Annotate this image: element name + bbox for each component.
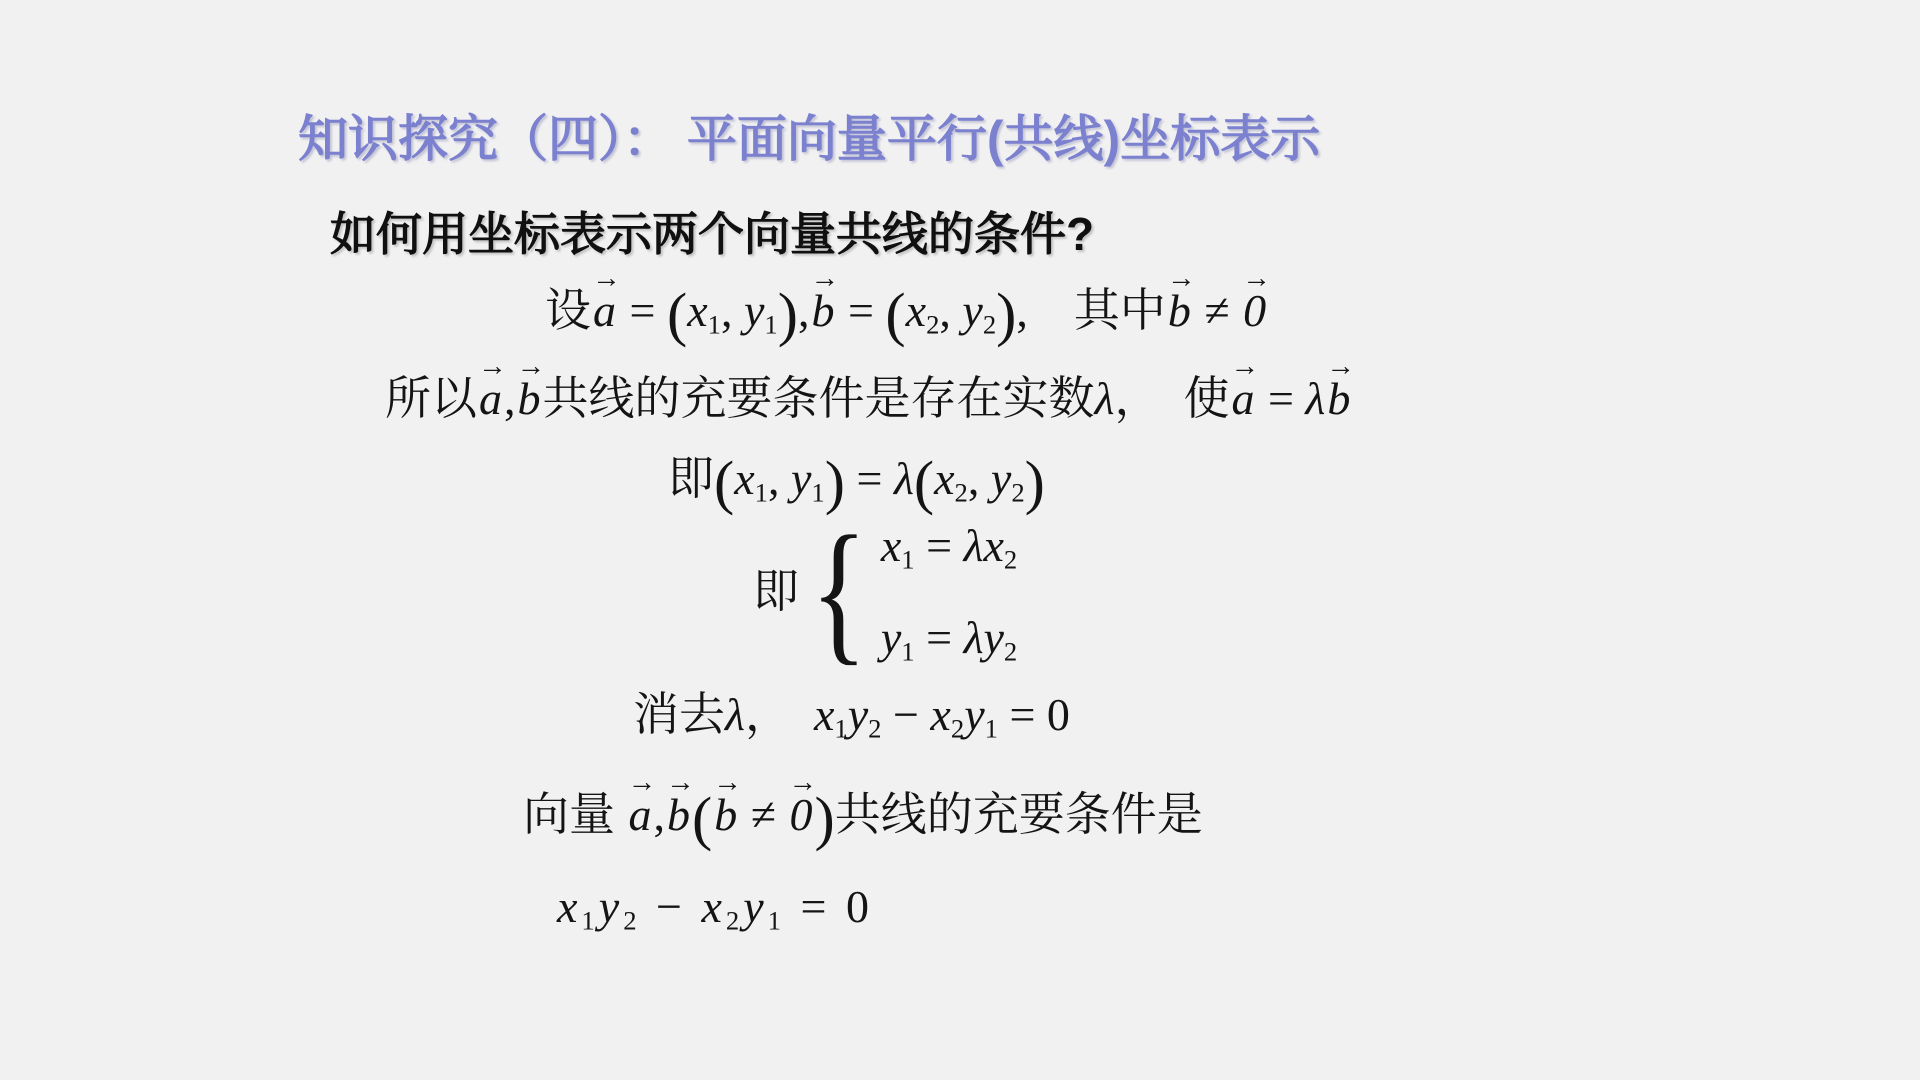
math-seg-rm: = 0 <box>998 689 1070 740</box>
math-seg-sub: 1 <box>755 477 768 507</box>
vector-arrow-icon: → <box>666 769 695 798</box>
math-seg-it: y <box>962 285 982 336</box>
vector-arrow-icon: → <box>1167 265 1196 294</box>
math-seg-rm: = <box>1256 373 1305 424</box>
math-seg-cjk: 向量 <box>523 789 627 840</box>
math-line-conclusion: 向量 →a,→b(→b ≠ →0)共线的充要条件是 <box>523 784 1203 850</box>
math-seg-cjk: 共线的充要条件是 <box>835 789 1203 840</box>
system-rows: x1 = λx2 y1 = λy2 <box>881 515 1017 670</box>
math-seg-it: y <box>743 881 767 932</box>
math-line-final-formula: x1y2 − x2y1 = 0 <box>557 876 873 938</box>
math-seg-rm: = 0 <box>785 881 873 932</box>
math-seg-cjk: 共线的充要条件是存在实数 <box>543 373 1095 424</box>
vector-b: →b <box>1168 280 1191 342</box>
math-seg-sub: 2 <box>1004 544 1017 574</box>
math-seg-rm: ≠ <box>739 789 787 840</box>
vector-0: →0 <box>1243 280 1266 342</box>
vector-arrow-icon: → <box>628 769 657 798</box>
vector-arrow-icon: → <box>478 353 507 382</box>
vector-b: →b <box>667 784 690 846</box>
vector-a: →a <box>629 784 652 846</box>
math-seg-paren: ) <box>778 282 798 349</box>
math-seg-sub: 2 <box>1004 637 1017 667</box>
math-seg-paren: ( <box>692 786 712 853</box>
math-seg-rm: , <box>968 453 991 504</box>
math-seg-it: x <box>734 453 754 504</box>
math-seg-cjk: ， <box>745 689 814 740</box>
math-seg-sub: 2 <box>868 713 881 743</box>
math-seg-rm: = <box>618 285 667 336</box>
equation-system: 即 { x1 = λx2 y1 = λy2 <box>753 515 1017 670</box>
math-seg-rm: − <box>641 881 702 932</box>
math-seg-it: y <box>964 689 984 740</box>
vector-b: →b <box>811 280 834 342</box>
vector-arrow-icon: → <box>1326 353 1355 382</box>
math-seg-it: y <box>791 453 811 504</box>
vector-arrow-icon: → <box>517 353 546 382</box>
math-seg-rm: , <box>1016 285 1028 336</box>
vector-a: →a <box>593 280 616 342</box>
vector-b: →b <box>714 784 737 846</box>
math-seg-it: y <box>881 612 901 663</box>
math-seg-it: y <box>599 881 623 932</box>
math-seg-sub: 1 <box>901 544 914 574</box>
math-seg-paren: ( <box>667 282 687 349</box>
math-seg-it: x <box>814 689 834 740</box>
math-line-definition: 设→a = (x1, y1),→b = (x2, y2), 其中→b ≠ →0 <box>545 280 1268 346</box>
math-seg-sub: 1 <box>581 905 598 935</box>
math-seg-sub: 2 <box>983 309 996 339</box>
page-title: 知识探究（四）： 平面向量平行(共线)坐标表示 <box>298 112 1320 167</box>
math-seg-rm: , <box>768 453 791 504</box>
vector-arrow-icon: → <box>1231 353 1260 382</box>
math-seg-it: λ <box>1095 373 1115 424</box>
math-seg-rm: ≠ <box>1193 285 1241 336</box>
vector-a: →a <box>1231 368 1254 430</box>
math-seg-sub: 1 <box>708 309 721 339</box>
math-seg-paren: ( <box>714 450 734 517</box>
math-seg-cjk: 所以 <box>385 373 477 424</box>
math-line-eliminate-lambda: 消去λ， x1y2 − x2y1 = 0 <box>633 684 1070 746</box>
math-seg-it: λx <box>964 520 1004 571</box>
vector-arrow-icon: → <box>789 769 818 798</box>
system-row-y: y1 = λy2 <box>881 607 1017 669</box>
math-seg-it: y <box>848 689 868 740</box>
slide: 知识探究（四）： 平面向量平行(共线)坐标表示 如何用坐标表示两个向量共线的条件… <box>0 0 1920 1080</box>
math-seg-sub: 1 <box>901 637 914 667</box>
math-seg-rm: = <box>845 453 894 504</box>
math-seg-rm: = <box>915 520 964 571</box>
math-seg-rm: = <box>836 285 885 336</box>
math-seg-sub: 1 <box>834 713 847 743</box>
math-seg-paren: ) <box>814 786 834 853</box>
math-seg-it: y <box>991 453 1011 504</box>
math-seg-rm: , <box>939 285 962 336</box>
math-seg-it: x <box>934 453 954 504</box>
vector-arrow-icon: → <box>811 265 840 294</box>
vector-arrow-icon: → <box>1242 265 1271 294</box>
math-seg-sub: 2 <box>926 309 939 339</box>
math-seg-paren: ( <box>885 282 905 349</box>
math-seg-it: y <box>744 285 764 336</box>
math-seg-it: x <box>557 881 581 932</box>
math-seg-cjk: 设 <box>545 285 591 336</box>
math-seg-cjk: 其中 <box>1028 285 1166 336</box>
math-seg-it: x <box>687 285 707 336</box>
vector-b: →b <box>518 368 541 430</box>
math-seg-sub: 2 <box>1011 477 1024 507</box>
math-seg-it: x <box>701 881 725 932</box>
math-seg-it: x <box>881 520 901 571</box>
math-seg-it: x <box>930 689 950 740</box>
vector-b: →b <box>1327 368 1350 430</box>
math-seg-sub: 2 <box>955 477 968 507</box>
vector-0: →0 <box>789 784 812 846</box>
math-seg-sub: 1 <box>985 713 998 743</box>
vector-a: →a <box>479 368 502 430</box>
math-seg-paren: ) <box>996 282 1016 349</box>
vector-arrow-icon: → <box>592 265 621 294</box>
math-seg-sub: 2 <box>951 713 964 743</box>
math-seg-cjk: 即 <box>668 453 714 504</box>
math-seg-it: λ <box>725 689 745 740</box>
math-seg-sub: 2 <box>623 905 640 935</box>
math-seg-cjk: 消去 <box>633 689 725 740</box>
math-seg-sub: 1 <box>811 477 824 507</box>
left-brace-icon: { <box>810 517 867 667</box>
math-seg-rm: = <box>915 612 964 663</box>
math-line-collinear-condition: 所以→a,→b共线的充要条件是存在实数λ， 使→a = λ→b <box>385 368 1352 430</box>
math-seg-rm: − <box>881 689 930 740</box>
math-seg-sub: 1 <box>764 309 777 339</box>
math-seg-rm: , <box>798 285 810 336</box>
math-seg-paren: ) <box>1025 450 1045 517</box>
math-seg-it: λ <box>1305 373 1325 424</box>
math-seg-it: λ <box>894 453 914 504</box>
system-prefix: 即 <box>753 561 799 623</box>
math-seg-it: λy <box>964 612 1004 663</box>
question-heading: 如何用坐标表示两个向量共线的条件? <box>330 208 1094 261</box>
math-seg-rm: , <box>721 285 744 336</box>
math-seg-sub: 2 <box>726 905 743 935</box>
math-seg-it: x <box>906 285 926 336</box>
math-seg-sub: 1 <box>768 905 785 935</box>
math-seg-cjk: ， 使 <box>1114 373 1229 424</box>
system-row-x: x1 = λx2 <box>881 515 1017 577</box>
vector-arrow-icon: → <box>713 769 742 798</box>
math-seg-paren: ( <box>914 450 934 517</box>
